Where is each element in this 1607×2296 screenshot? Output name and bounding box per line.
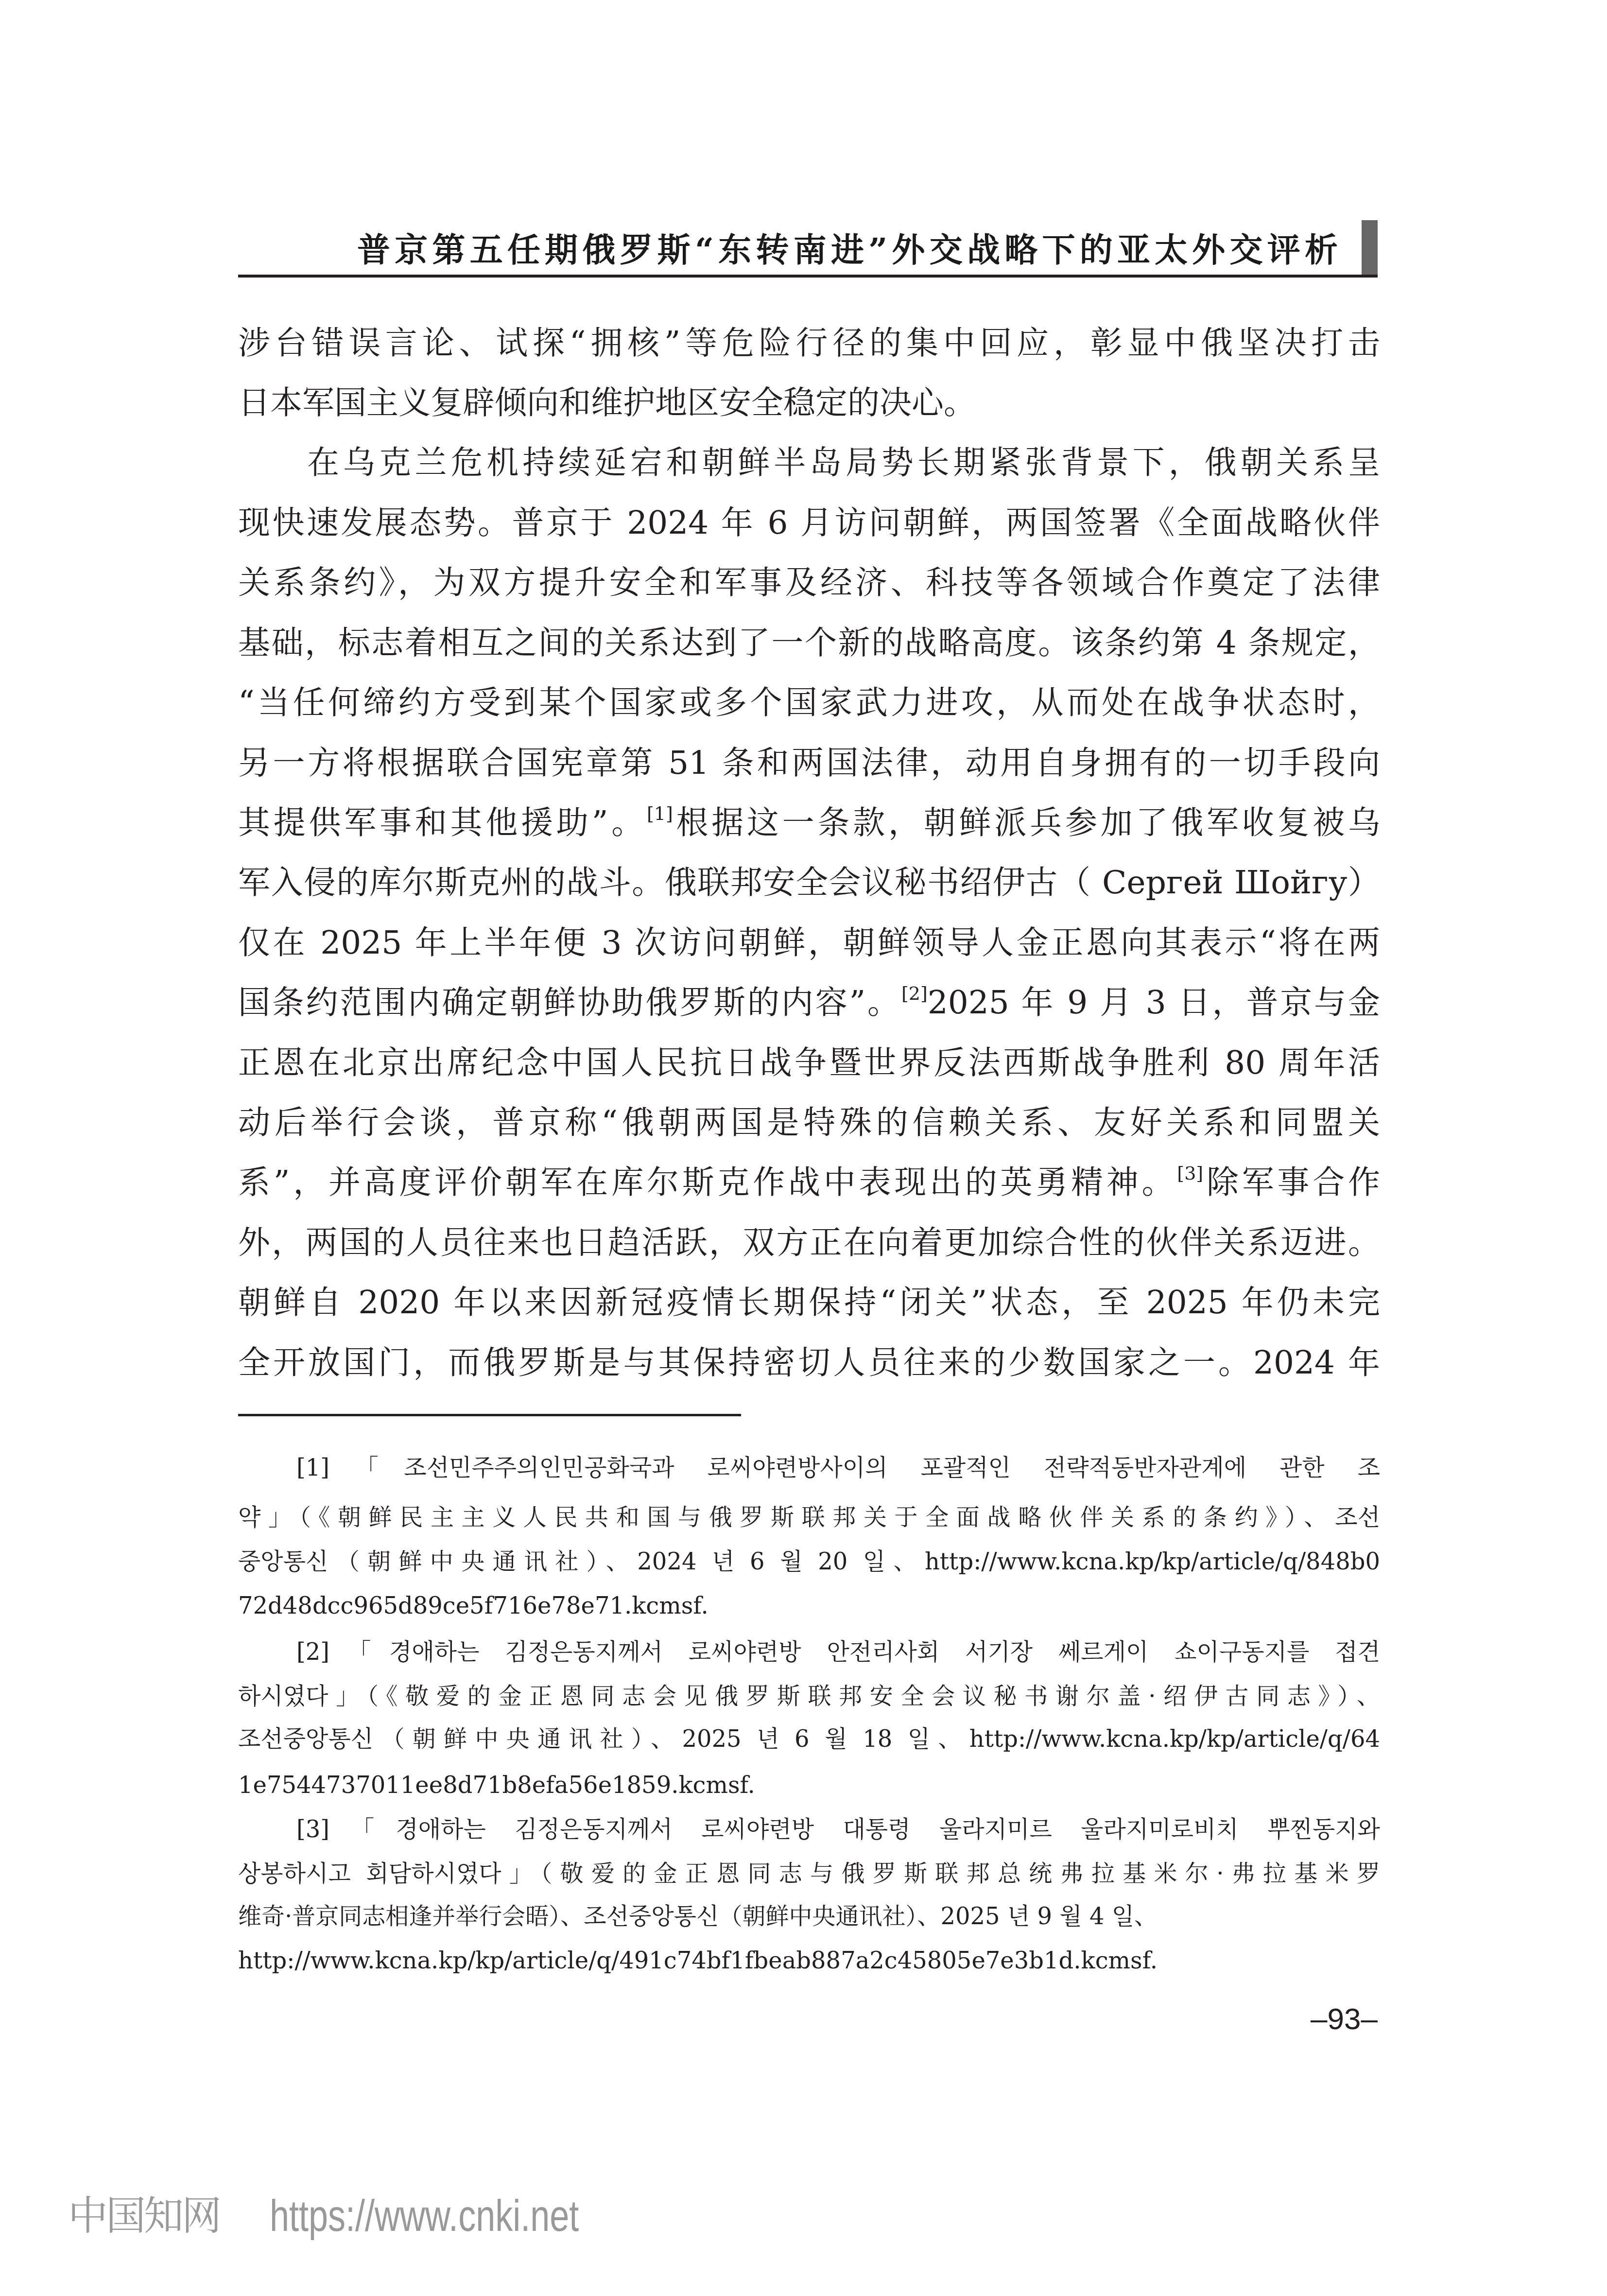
footnote-text: 「경애하는 김정은동지께서 로씨야련방 안전리사회 서기장 쎄르게이 쇼이구동지…	[329, 1638, 1380, 1666]
footnote-marker: [2]	[296, 1638, 329, 1666]
footnote-marker: [3]	[296, 1816, 329, 1843]
body-text: 2025 年 9 月 3 日，普京与金	[928, 984, 1380, 1021]
footnote-text: 「경애하는 김정은동지께서 로씨야련방 대통령 울라지미르 울라지미로비치 뿌찐…	[329, 1816, 1380, 1843]
body-line: 基础，标志着相互之间的关系达到了一个新的战略高度。该条约第 4 条规定，	[238, 613, 1380, 673]
footnote-1-link-line[interactable]: 72d48dcc965d89ce5f716e78e71.kcmsf.	[238, 1583, 1380, 1628]
body-text: 根据这一条款，朝鲜派兵参加了俄军收复被乌	[673, 804, 1380, 841]
body-line: 日本军国主义复辟倾向和维护地区安全稳定的决心。	[238, 373, 1380, 433]
page-number: –93–	[1263, 2000, 1378, 2039]
footnote-3-line: [3]「경애하는 김정은동지께서 로씨야련방 대통령 울라지미르 울라지미로비치…	[296, 1807, 1380, 1852]
body-text: 除军事合作	[1203, 1164, 1380, 1201]
body-line: 关系条约》，为双方提升安全和军事及经济、科技等各领域合作奠定了法律	[238, 553, 1380, 612]
footnote-ref-3[interactable]: [3]	[1177, 1163, 1203, 1184]
body-line: 全开放国门，而俄罗斯是与其保持密切人员往来的少数国家之一。2024 年	[238, 1333, 1380, 1392]
footnote-2-link-line[interactable]: 1e7544737011ee8d71b8efa56e1859.kcmsf.	[238, 1763, 1380, 1808]
footnote-1-line: [1]「조선민주주의인민공화국과 로씨야련방사이의 포괄적인 전략적동반자관계에…	[296, 1445, 1380, 1490]
footnote-separator	[238, 1414, 741, 1416]
body-line: 军入侵的库尔斯克州的战斗。俄联邦安全会议秘书绍伊古（ Сергей Шойгу）	[238, 852, 1380, 912]
footnote-3-line: 상봉하시고 회담하시였다」（敬爱的金正恩同志与俄罗斯联邦总统弗拉基米尔·弗拉基米…	[238, 1851, 1380, 1896]
watermark-site-name: 中国知网	[68, 2190, 220, 2243]
body-line: 动后举行会谈，普京称“俄朝两国是特殊的信赖关系、友好关系和同盟关	[238, 1093, 1380, 1152]
watermark-url[interactable]: https://www.cnki.net	[270, 2190, 579, 2243]
running-header-title: 普京第五任期俄罗斯“东转南进”外交战略下的亚太外交评析	[357, 228, 1339, 272]
body-text: 系”，并高度评价朝军在库尔斯克作战中表现出的英勇精神。	[238, 1164, 1177, 1201]
body-line: “当任何缔约方受到某个国家或多个国家武力进攻，从而处在战争状态时，	[238, 673, 1380, 732]
body-line: 在乌克兰危机持续延宕和朝鲜半岛局势长期紧张背景下，俄朝关系呈	[307, 433, 1380, 492]
footnote-3-link-line[interactable]: http://www.kcna.kp/kp/article/q/491c74bf…	[238, 1938, 1380, 1983]
body-line: 外，两国的人员往来也日趋活跃，双方正在向着更加综合性的伙伴关系迈进。	[238, 1213, 1380, 1272]
footnote-1-link-line[interactable]: 중앙통신（朝鲜中央通讯社）、2024 년 6 월 20 일、http://www…	[238, 1539, 1380, 1584]
header-rule	[238, 275, 1378, 278]
footnote-ref-1[interactable]: [1]	[647, 803, 673, 824]
footnote-marker: [1]	[296, 1454, 329, 1481]
body-line: 朝鲜自 2020 年以来因新冠疫情长期保持“闭关”状态，至 2025 年仍未完	[238, 1272, 1380, 1332]
body-line: 正恩在北京出席纪念中国人民抗日战争暨世界反法西斯战争胜利 80 周年活	[238, 1033, 1380, 1093]
footnote-ref-2[interactable]: [2]	[901, 983, 928, 1004]
body-line: 系”，并高度评价朝军在库尔斯克作战中表现出的英勇精神。[3]除军事合作	[238, 1152, 1380, 1212]
footnote-3-line: 维奇·普京同志相逢并举行会晤）、조선중앙통신（朝鲜中央通讯社）、2025 년 9…	[238, 1894, 1380, 1939]
footnote-2-line: [2]「경애하는 김정은동지께서 로씨야련방 안전리사회 서기장 쎄르게이 쇼이…	[296, 1630, 1380, 1674]
footnote-2-line: 하시였다」（《敬爱的金正恩同志会见俄罗斯联邦安全会议秘书谢尔盖·绍伊古同志》）、	[238, 1674, 1380, 1719]
body-line: 其提供军事和其他援助”。[1]根据这一条款，朝鲜派兵参加了俄军收复被乌	[238, 793, 1380, 852]
body-line: 仅在 2025 年上半年便 3 次访问朝鲜，朝鲜领导人金正恩向其表示“将在两	[238, 913, 1380, 973]
footnote-2-link-line[interactable]: 조선중앙통신（朝鲜中央通讯社）、2025 년 6 월 18 일、http://w…	[238, 1717, 1380, 1761]
body-line: 现快速发展态势。普京于 2024 年 6 月访问朝鲜，两国签署《全面战略伙伴	[238, 493, 1380, 553]
body-text: 国条约范围内确定朝鲜协助俄罗斯的内容”。	[238, 984, 901, 1021]
body-line: 另一方将根据联合国宪章第 51 条和两国法律，动用自身拥有的一切手段向	[238, 733, 1380, 793]
footnote-text: 「조선민주주의인민공화국과 로씨야련방사이의 포괄적인 전략적동반자관계에 관한…	[329, 1454, 1380, 1481]
body-text: 其提供军事和其他援助”。	[238, 804, 647, 841]
footnote-1-line: 약」（《朝鲜民主主义人民共和国与俄罗斯联邦关于全面战略伙伴关系的条约》）、조선	[238, 1495, 1380, 1540]
body-line: 国条约范围内确定朝鲜协助俄罗斯的内容”。[2]2025 年 9 月 3 日，普京…	[238, 973, 1380, 1032]
header-side-bar	[1362, 220, 1378, 276]
body-line: 涉台错误言论、试探“拥核”等危险行径的集中回应，彰显中俄坚决打击	[238, 313, 1380, 373]
